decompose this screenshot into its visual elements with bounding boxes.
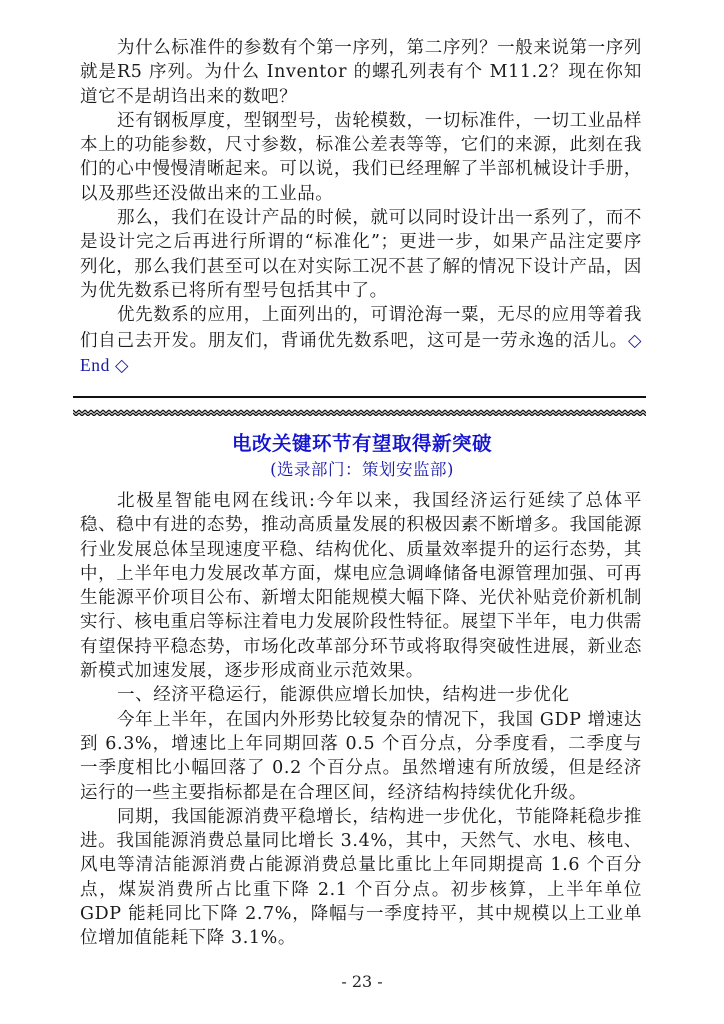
paragraph: 同期，我国能源消费平稳增长，结构进一步优化，节能降耗稳步推进。我国能源消费总量同… xyxy=(80,805,642,951)
divider-line xyxy=(73,396,646,398)
previous-article-body: 为什么标准件的参数有个第一序列，第二序列？一般来说第一序列就是R5 序列。为什么… xyxy=(80,36,642,378)
page-number: - 23 - xyxy=(0,972,724,991)
article-body: 北极星智能电网在线讯:今年以来，我国经济运行延续了总体平稳、稳中有进的态势，推动… xyxy=(80,489,642,951)
paragraph: 北极星智能电网在线讯:今年以来，我国经济运行延续了总体平稳、稳中有进的态势，推动… xyxy=(80,489,642,683)
article-source-department: (选录部门：策划安监部) xyxy=(0,456,724,480)
zigzag-border-icon xyxy=(73,408,646,416)
article-title: 电改关键环节有望取得新突破 xyxy=(0,428,724,456)
paragraph: 那么，我们在设计产品的时候，就可以同时设计出一系列了，而不是设计完之后再进行所谓… xyxy=(80,206,642,303)
paragraph-text: 优先数系的应用，上面列出的，可谓沧海一粟，无尽的应用等着我们自己去开发。朋友们，… xyxy=(80,305,642,350)
paragraph: 还有钢板厚度，型钢型号，齿轮模数，一切标准件，一切工业品样本上的功能参数，尺寸参… xyxy=(80,109,642,206)
paragraph: 为什么标准件的参数有个第一序列，第二序列？一般来说第一序列就是R5 序列。为什么… xyxy=(80,36,642,109)
paragraph: 优先数系的应用，上面列出的，可谓沧海一粟，无尽的应用等着我们自己去开发。朋友们，… xyxy=(80,303,642,378)
paragraph: 今年上半年，在国内外形势比较复杂的情况下，我国 GDP 增速达到 6.3%，增速… xyxy=(80,708,642,805)
section-heading: 一、经济平稳运行，能源供应增长加快，结构进一步优化 xyxy=(80,683,642,707)
section-divider xyxy=(73,396,646,410)
